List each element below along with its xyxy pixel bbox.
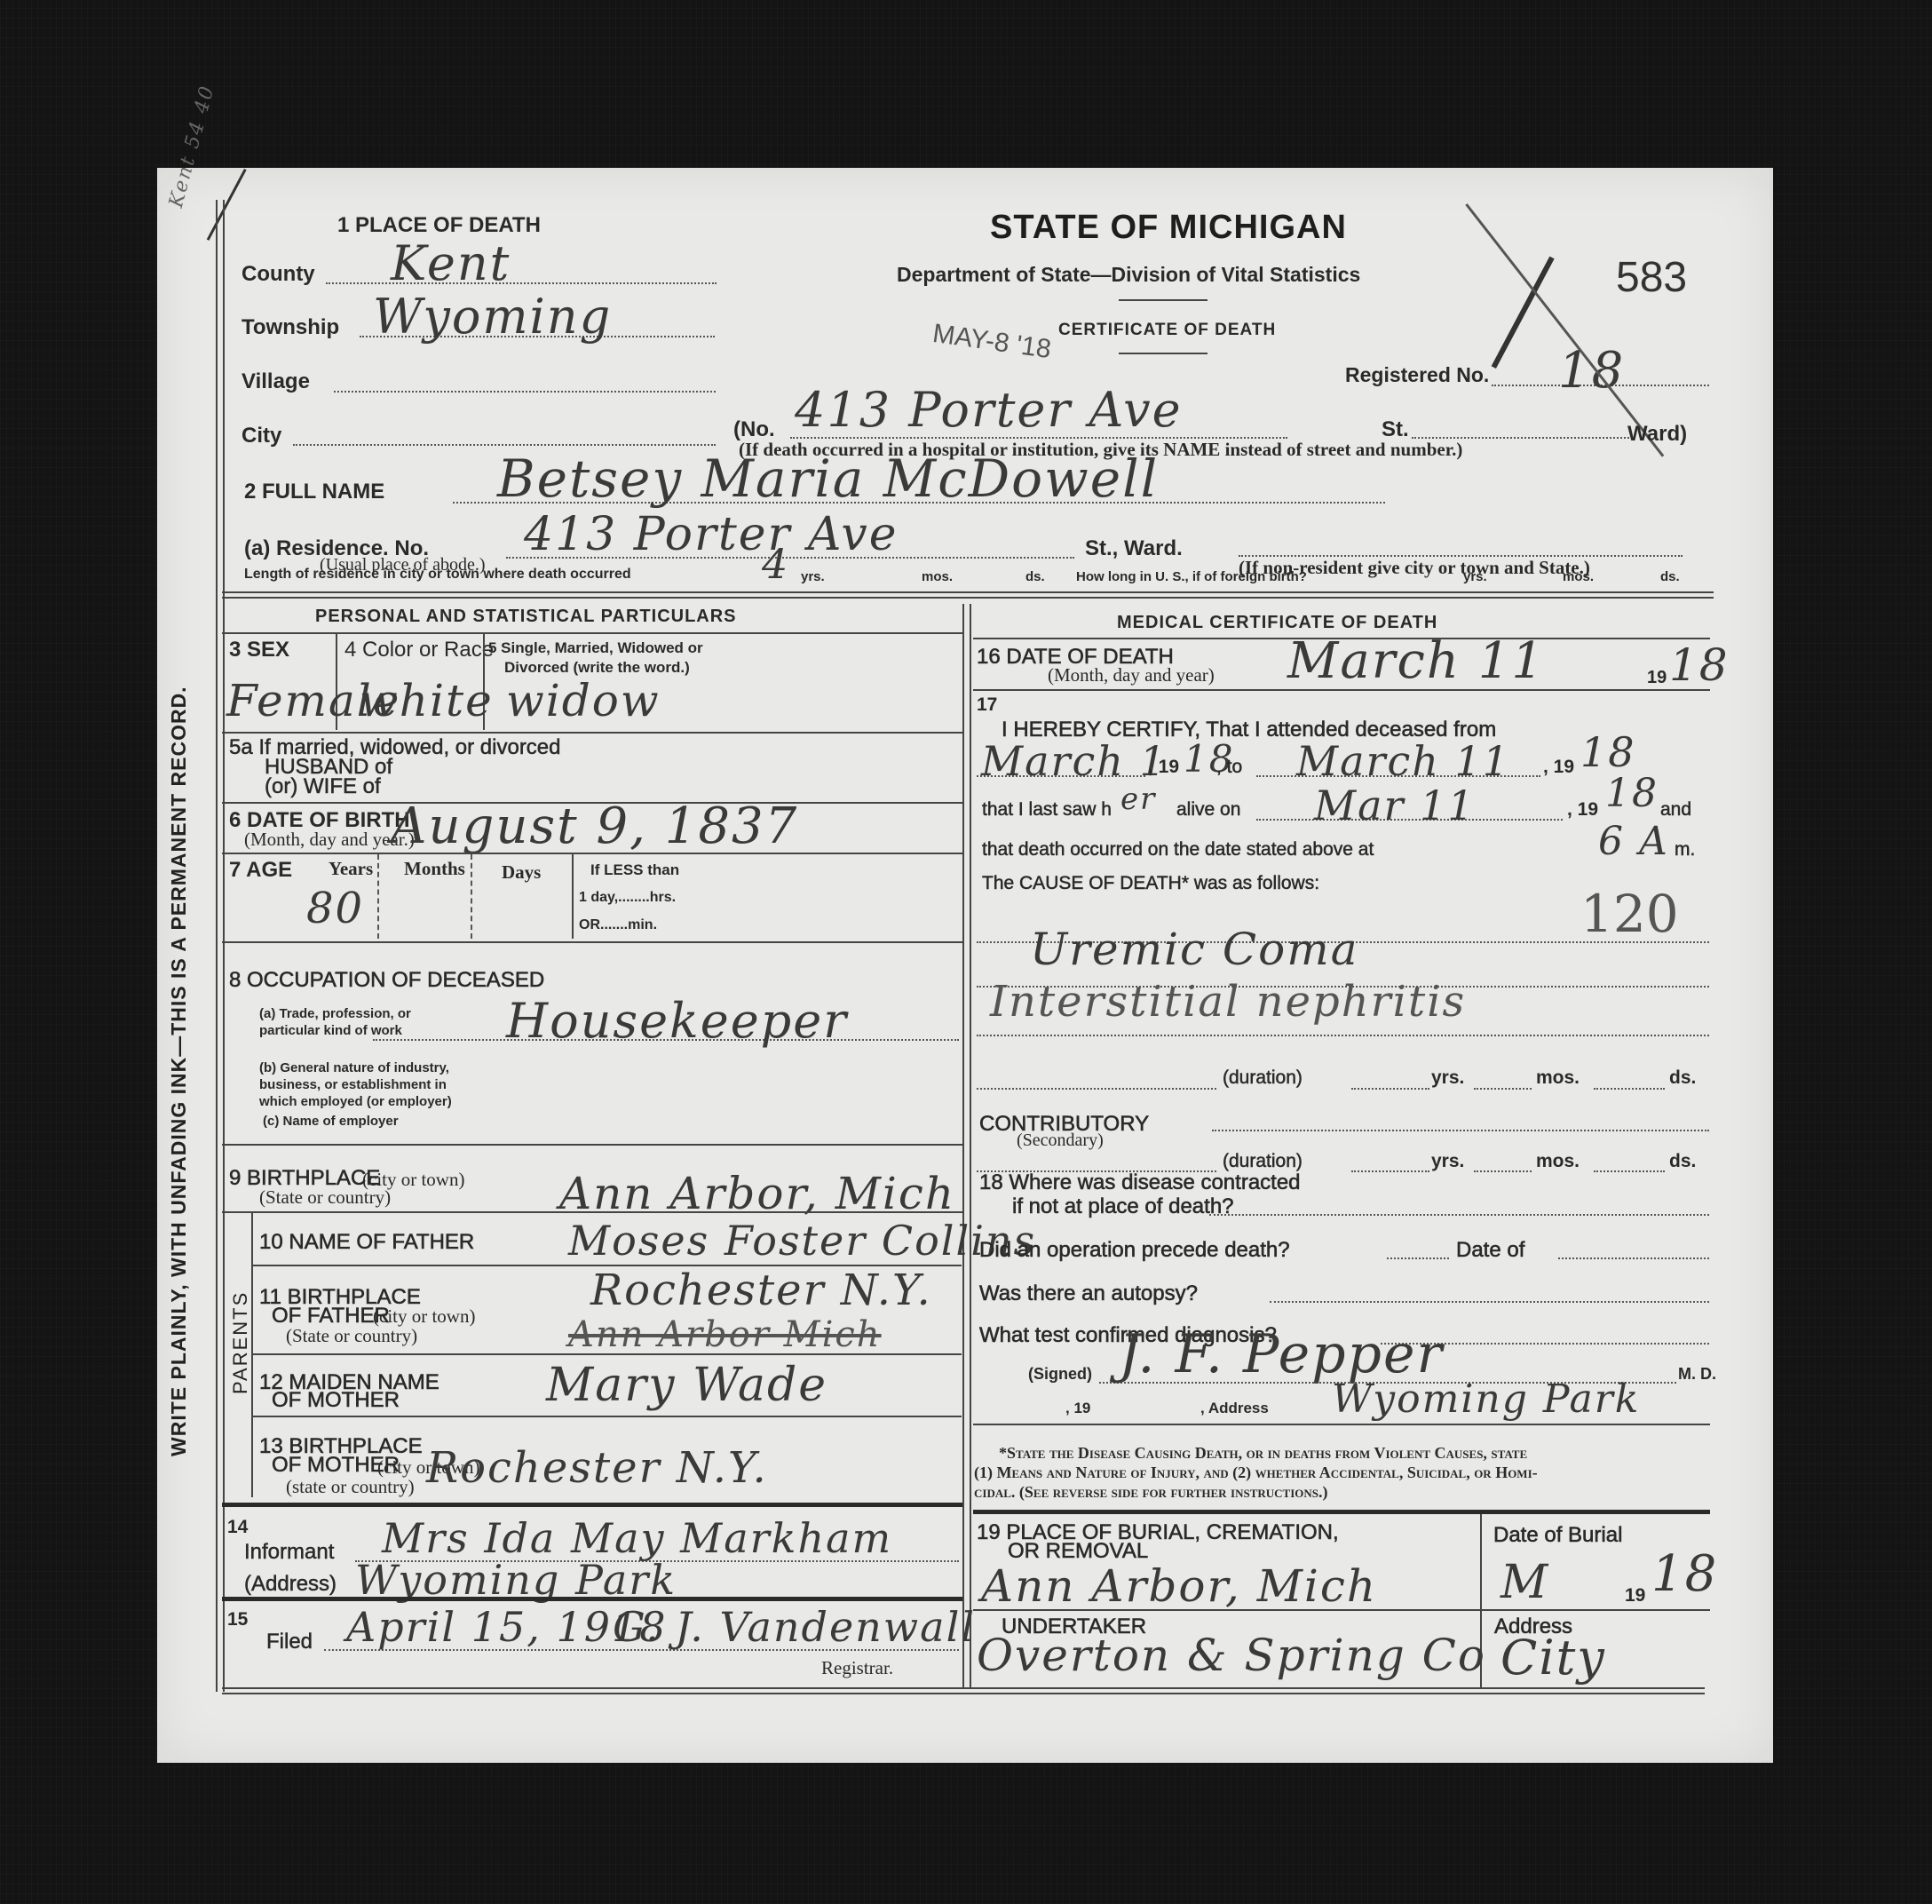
full-name-value: Betsey Maria McDowell [497, 448, 1159, 509]
min-label: OR.......min. [579, 917, 657, 933]
months-label: Months [404, 858, 465, 880]
age-label: 7 AGE [229, 858, 292, 883]
informant-label: Informant [244, 1540, 334, 1565]
row-rule [222, 853, 962, 854]
to-year-value: 18 [1580, 728, 1636, 776]
duration-label: (duration) [1223, 1067, 1303, 1089]
last-saw-year-value: 18 [1605, 771, 1659, 816]
duration-yrs-label: yrs. [1431, 1067, 1464, 1089]
row-rule [973, 1609, 1710, 1611]
village-label: Village [241, 369, 310, 394]
village-line [334, 391, 716, 393]
yrs-label: yrs. [801, 569, 825, 584]
full-name-label: 2 FULL NAME [244, 480, 384, 504]
father-name-value: Moses Foster Collins [568, 1217, 1036, 1265]
section-rule [222, 591, 1714, 599]
race-value: white [360, 675, 494, 726]
last-saw-year-prefix: , 19 [1567, 799, 1598, 821]
death-address-value: 413 Porter Ave [795, 382, 1183, 438]
informant-number: 14 [227, 1517, 248, 1538]
row-rule [973, 1424, 1710, 1425]
bottom-rule [222, 1687, 1705, 1694]
registrar-label: Registrar. [821, 1657, 893, 1679]
date-of-label: Date of [1456, 1238, 1524, 1263]
dod-year-prefix: 19 [1647, 668, 1667, 688]
duration-yrs-label-2: yrs. [1431, 1151, 1464, 1172]
township-value: Wyoming [373, 289, 612, 345]
township-label: Township [241, 315, 339, 340]
residence-value: 413 Porter Ave [524, 508, 898, 561]
occupation-c-label: (c) Name of employer [263, 1114, 399, 1129]
row-rule [973, 689, 1710, 691]
cell-divider [471, 854, 472, 939]
county-label: County [241, 262, 315, 287]
less-than-label: If LESS than [590, 861, 679, 879]
attended-to-value: March 11 [1296, 737, 1510, 785]
personal-heading: PERSONAL AND STATISTICAL PARTICULARS [315, 607, 737, 627]
cell-divider [377, 854, 379, 939]
city-line [293, 444, 716, 446]
county-line [326, 282, 717, 284]
foreign-ds-label: ds. [1660, 569, 1680, 584]
occupation-a-sublabel: particular kind of work [259, 1023, 402, 1038]
county-value: Kent [391, 235, 511, 291]
cause-primary-value: Uremic Coma [1030, 924, 1359, 975]
row-rule [222, 941, 962, 943]
death-time-value: 6 A [1598, 819, 1669, 864]
m-label: m. [1675, 839, 1695, 861]
filed-number: 15 [227, 1609, 248, 1630]
filed-label: Filed [266, 1630, 313, 1654]
occupation-label: 8 OCCUPATION OF DECEASED [229, 968, 544, 993]
medical-heading: MEDICAL CERTIFICATE OF DEATH [1117, 613, 1437, 633]
duration-line [977, 1088, 1216, 1090]
dob-value: August 9, 1837 [391, 797, 798, 855]
to-label: , to [1216, 757, 1242, 778]
occupation-b-line3: which employed (or employer) [259, 1094, 452, 1109]
cause-secondary-value: Interstitial nephritis [990, 977, 1466, 1027]
attended-from-value: March 1 [981, 737, 1168, 785]
row-rule [222, 1211, 962, 1213]
column-divider [962, 604, 971, 1689]
autopsy-label: Was there an autopsy? [979, 1281, 1198, 1306]
father-name-label: 10 NAME OF FATHER [259, 1230, 474, 1255]
left-border [216, 200, 225, 1692]
occupation-a-label: (a) Trade, profession, or [259, 1006, 411, 1021]
cell-divider [572, 854, 574, 939]
state-title: STATE OF MICHIGAN [990, 209, 1347, 247]
length-residence-label: Length of residence in city or town wher… [244, 567, 631, 583]
father-birthplace-struck: Ann Arbor Mich [568, 1314, 882, 1355]
cause-code: 120 [1580, 884, 1679, 944]
footnote-line-1: *State the Disease Causing Death, or in … [999, 1444, 1527, 1463]
mother-name-value: Mary Wade [546, 1359, 827, 1412]
duration-mos-line [1474, 1170, 1532, 1172]
autopsy-line [1270, 1301, 1709, 1303]
section-rule [973, 1510, 1710, 1514]
date-of-death-value: March 11 [1287, 632, 1545, 690]
mother-bp-state-label: (state or country) [286, 1476, 415, 1498]
death-time-label: that death occurred on the date stated a… [982, 839, 1374, 861]
city-label: City [241, 424, 281, 448]
date-of-death-sublabel: (Month, day and year) [1048, 664, 1215, 686]
signed-date-label: , 19 [1065, 1400, 1090, 1417]
dod-year-value: 18 [1669, 639, 1730, 691]
title-rule [1119, 353, 1207, 354]
physician-address-value: Wyoming Park [1332, 1376, 1640, 1422]
row-rule [251, 1353, 962, 1355]
foreign-yrs-label: yrs. [1463, 569, 1487, 584]
father-birthplace-value: Rochester N.Y. [590, 1265, 932, 1315]
file-number: 583 [1616, 253, 1687, 302]
duration-mos-label: mos. [1536, 1067, 1580, 1089]
mos-label: mos. [922, 569, 953, 584]
row-rule [251, 1416, 962, 1417]
parents-label: PARENTS [229, 1291, 252, 1394]
certify-number: 17 [977, 694, 997, 716]
section-rule [222, 1503, 962, 1507]
last-saw-label: that I last saw h [982, 799, 1112, 821]
mother-birthplace-value: Rochester N.Y. [426, 1443, 768, 1493]
burial-date-label: Date of Burial [1493, 1523, 1622, 1548]
age-years-value: 80 [306, 884, 364, 933]
occupation-b-line2: business, or establishment in [259, 1077, 447, 1092]
length-residence-years: 4 [762, 540, 789, 588]
ward-label: Ward) [1627, 422, 1687, 447]
contributory-line [1212, 1130, 1709, 1131]
occupation-b-label: (b) General nature of industry, [259, 1060, 449, 1075]
row-rule [222, 732, 962, 734]
duration-mos-line [1474, 1088, 1532, 1090]
undertaker-address-value: City [1500, 1630, 1606, 1686]
years-label: Years [329, 858, 373, 880]
duration-yrs-line [1351, 1088, 1429, 1090]
occupation-value: Housekeeper [506, 993, 848, 1049]
marital-value: widow [506, 675, 661, 726]
registrar-signature: G. J. Vandenwall [613, 1603, 976, 1651]
footnote-line-3: cidal. (See reverse side for further ins… [974, 1483, 1328, 1502]
duration-ds-line [1594, 1088, 1665, 1090]
md-label: M. D. [1678, 1365, 1716, 1384]
foreign-birth-label: How long in U. S., if of foreign birth? [1076, 569, 1307, 584]
duration-label-2: (duration) [1223, 1151, 1303, 1172]
signed-label: (Signed) [1028, 1365, 1092, 1384]
alive-on-label: alive on [1176, 799, 1240, 821]
date-of-line [1558, 1257, 1709, 1259]
burial-place-value: Ann Arbor, Mich [981, 1560, 1377, 1612]
operation-label: Did an operation precede death? [979, 1238, 1290, 1263]
title-rule [1119, 299, 1207, 301]
row-rule [222, 632, 962, 634]
last-saw-value: Mar 11 [1314, 781, 1476, 829]
and-label: and [1660, 799, 1691, 821]
wife-label: (or) WIFE of [265, 774, 381, 799]
from-year-prefix: , 19 [1148, 757, 1179, 778]
father-bp-state-label: (State or country) [286, 1325, 417, 1347]
contracted-label: 18 Where was disease contracted [979, 1170, 1301, 1195]
footnote-line-2: (1) Means and Nature of Injury, and (2) … [974, 1464, 1538, 1482]
duration-ds-label: ds. [1669, 1067, 1696, 1089]
race-label: 4 Color or Race [344, 638, 494, 662]
registered-label: Registered No. [1345, 363, 1489, 387]
section-rule [222, 1597, 962, 1601]
burial-year-value: 18 [1651, 1545, 1718, 1603]
duration-ds-line [1594, 1170, 1665, 1172]
certificate-title: CERTIFICATE OF DEATH [1058, 321, 1276, 340]
department-title: Department of State—Division of Vital St… [897, 263, 1360, 287]
ds-label: ds. [1025, 569, 1045, 584]
duration-yrs-line [1351, 1170, 1429, 1172]
to-year-prefix: , 19 [1543, 757, 1574, 778]
marital-sublabel: Divorced (write the word.) [504, 659, 690, 677]
row-rule [222, 1144, 962, 1146]
dob-sublabel: (Month, day and year.) [244, 829, 415, 851]
secondary-label: (Secondary) [1017, 1130, 1104, 1151]
burial-year-prefix: 19 [1625, 1585, 1645, 1606]
contracted-sublabel: if not at place of death? [1012, 1194, 1234, 1219]
contracted-line [1209, 1214, 1709, 1216]
days-label: Days [502, 861, 541, 884]
informant-address-label: (Address) [244, 1572, 337, 1597]
place-of-death-heading: 1 PLACE OF DEATH [337, 213, 541, 238]
mother-name-label-2: OF MOTHER [272, 1388, 400, 1413]
foreign-mos-label: mos. [1563, 569, 1594, 584]
hrs-label: 1 day,........hrs. [579, 890, 676, 906]
burial-date-value: M [1500, 1556, 1549, 1609]
margin-instruction: WRITE PLAINLY, WITH UNFADING INK—THIS IS… [167, 686, 191, 1456]
physician-address-label: , Address [1200, 1400, 1269, 1417]
st-ward-label: St., Ward. [1085, 536, 1183, 561]
sex-label: 3 SEX [229, 638, 289, 662]
birthplace-state-label: (State or country) [259, 1186, 391, 1209]
informant-value: Mrs Ida May Markham [382, 1514, 892, 1562]
cause-line [977, 1035, 1709, 1036]
duration-mos-label-2: mos. [1536, 1151, 1580, 1172]
registered-number: 18 [1558, 342, 1625, 400]
marital-label: 5 Single, Married, Widowed or [488, 639, 703, 657]
duration-ds-label-2: ds. [1669, 1151, 1696, 1172]
cause-of-death-label: The CAUSE OF DEATH* was as follows: [982, 873, 1319, 894]
undertaker-value: Overton & Spring Co [977, 1630, 1486, 1681]
last-saw-pronoun: er [1120, 781, 1156, 817]
operation-line [1387, 1257, 1449, 1259]
